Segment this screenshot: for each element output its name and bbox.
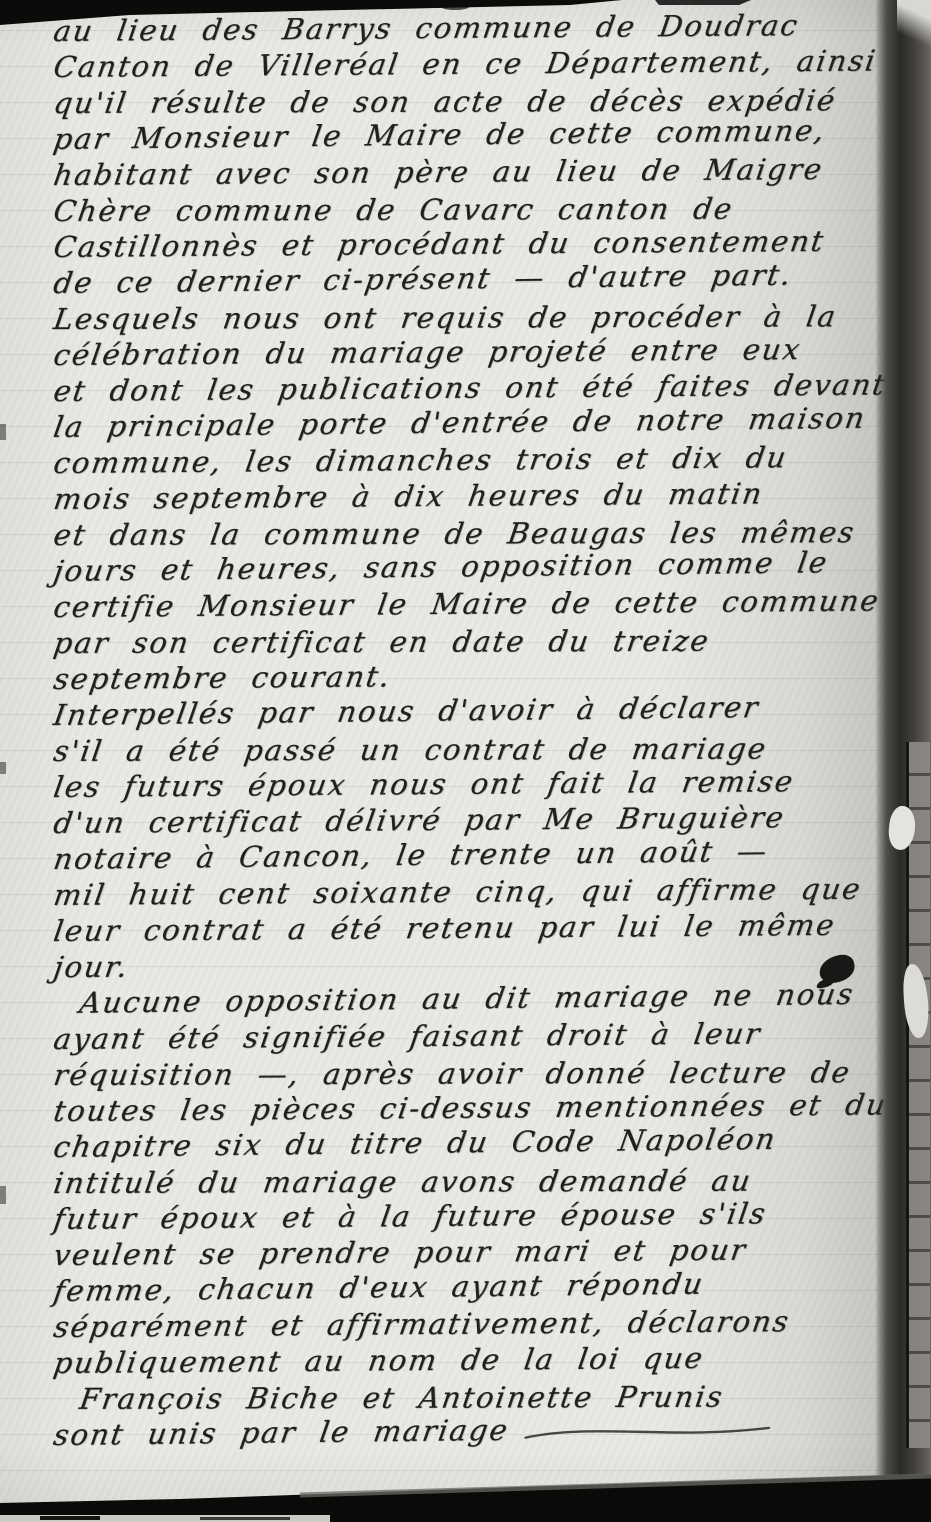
text-line-content: commune, les dimanches trois et dix du: [51, 440, 790, 480]
text-line-content: la principale porte d'entrée de notre ma…: [51, 401, 868, 444]
text-line-content: futur époux et à la future épouse s'ils: [51, 1196, 769, 1236]
left-edge-speck: [0, 1186, 6, 1204]
text-line-content: notaire à Cancon, le trente un août —: [51, 834, 771, 876]
text-line-content: par Monsieur le Maire de cette commune,: [51, 113, 828, 156]
text-line-content: au lieu des Barrys commune de Doudrac: [51, 8, 801, 48]
text-line: certifie Monsieur le Maire de cette comm…: [51, 581, 894, 624]
left-edge-speck: [0, 762, 6, 774]
text-line-content: septembre courant.: [51, 659, 393, 696]
text-line-content: ayant été signifiée faisant droit à leur: [51, 1016, 763, 1056]
text-line-content: Interpellés par nous d'avoir à déclarer: [51, 690, 762, 732]
text-line-content: Aucune opposition au dit mariage ne nous: [77, 977, 857, 1020]
scanned-register-page: au lieu des Barrys commune de DoudracCan…: [0, 0, 931, 1522]
text-line: habitant avec son père au lieu de Maigre: [51, 149, 894, 192]
text-line-content: jours et heures, sans opposition comme l…: [51, 545, 831, 588]
text-line: publiquement au nom de la loi que: [51, 1337, 894, 1380]
text-line-content: mois septembre à dix heures du matin: [51, 476, 765, 516]
text-line: ayant été signifiée faisant droit à leur: [51, 1013, 894, 1056]
text-line-content: Canton de Villeréal en ce Département, a…: [51, 44, 879, 84]
text-line-content: célébration du mariage projeté entre eux: [51, 332, 803, 372]
text-line-content: femme, chacun d'eux ayant répondu: [51, 1267, 706, 1308]
gutter-top-highlight: [897, 0, 931, 48]
text-line-content: leur contrat a été retenu par lui le mêm…: [51, 908, 838, 948]
text-line-content: par son certificat en date du treize: [51, 624, 712, 660]
flourish-stroke: [520, 1417, 775, 1446]
handwritten-text: au lieu des Barrys commune de DoudracCan…: [54, 12, 891, 1452]
text-line-content: jour.: [51, 950, 131, 984]
text-line-content: certifie Monsieur le Maire de cette comm…: [51, 584, 882, 624]
text-line-content: publiquement au nom de la loi que: [51, 1341, 706, 1380]
text-line: mois septembre à dix heures du matin: [51, 473, 894, 516]
adjacent-page-edge: [906, 742, 930, 1448]
text-line-content: chapitre six du titre du Code Napoléon: [51, 1122, 779, 1164]
text-line: leur contrat a été retenu par lui le mêm…: [51, 905, 894, 948]
text-line-content: sont unis par le mariage: [51, 1413, 511, 1452]
text-line-content: de ce dernier ci-présent — d'autre part.: [51, 258, 795, 300]
text-line-content: les futurs époux nous ont fait la remise: [51, 764, 796, 804]
left-edge-speck: [0, 424, 6, 440]
text-line: Canton de Villeréal en ce Département, a…: [51, 41, 894, 84]
text-line-content: séparément et affirmativement, déclarons: [51, 1304, 792, 1344]
text-line-content: habitant avec son père au lieu de Maigre: [51, 152, 825, 192]
